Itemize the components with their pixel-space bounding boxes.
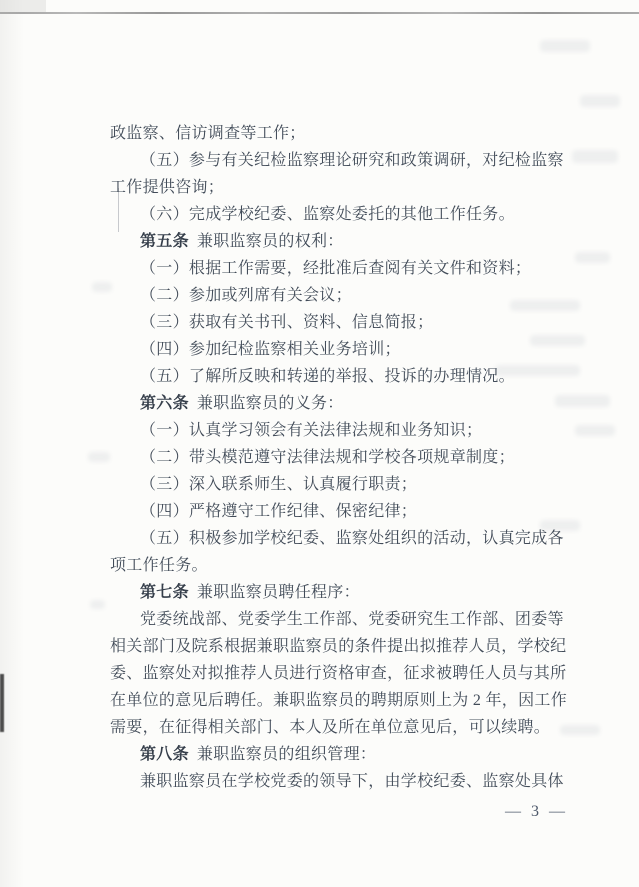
- text-line: （五）参与有关纪检监察理论研究和政策调研，对纪检监察: [110, 147, 590, 174]
- article-number: 第五条: [140, 233, 189, 250]
- article-number: 第六条: [140, 395, 189, 412]
- text-line: （五）积极参加学校纪委、监察处组织的活动，认真完成各: [110, 525, 590, 552]
- text-line: （三）深入联系师生、认真履行职责；: [110, 471, 590, 498]
- text-line: 政监察、信访调查等工作；: [110, 120, 590, 147]
- text-line: （二）带头模范遵守法律法规和学校各项规章制度；: [110, 444, 590, 471]
- text-line: （二）参加或列席有关会议；: [110, 282, 590, 309]
- scan-edge-artifact-top: [0, 12, 639, 14]
- line-text: 兼职监察员的组织管理：: [197, 746, 376, 763]
- text-line: （三）获取有关书刊、资料、信息简报；: [110, 309, 590, 336]
- article-number: 第七条: [140, 584, 189, 601]
- text-line: 相关部门及院系根据兼职监察员的条件提出拟推荐人员，学校纪: [110, 633, 590, 660]
- line-text: （二）带头模范遵守法律法规和学校各项规章制度；: [140, 449, 515, 466]
- scan-edge-left: [0, 0, 24, 887]
- line-text: 在单位的意见后聘任。兼职监察员的聘期原则上为 2 年，因工作: [110, 692, 567, 709]
- line-text: 委、监察处对拟推荐人员进行资格审查，征求被聘任人员与其所: [110, 665, 566, 682]
- text-line: 第六条兼职监察员的义务：: [110, 390, 590, 417]
- line-text: 需要，在征得相关部门、本人及所在单位意见后，可以续聘。: [110, 719, 550, 736]
- text-line: 项工作任务。: [110, 552, 590, 579]
- scanned-document-page: 政监察、信访调查等工作；（五）参与有关纪检监察理论研究和政策调研，对纪检监察工作…: [0, 0, 639, 887]
- bleedthrough-artifact: [90, 600, 105, 609]
- line-text: （一）认真学习领会有关法律法规和业务知识；: [140, 422, 482, 439]
- text-line: （一）认真学习领会有关法律法规和业务知识；: [110, 417, 590, 444]
- line-text: （五）了解所反映和转递的举报、投诉的办理情况。: [140, 368, 515, 385]
- bleedthrough-artifact: [540, 40, 590, 52]
- line-text: 兼职监察员的权利：: [197, 233, 344, 250]
- document-lines: 政监察、信访调查等工作；（五）参与有关纪检监察理论研究和政策调研，对纪检监察工作…: [110, 120, 590, 795]
- line-text: （二）参加或列席有关会议；: [140, 287, 352, 304]
- line-text: 兼职监察员在学校党委的领导下，由学校纪委、监察处具体: [140, 773, 564, 790]
- line-text: 兼职监察员的义务：: [197, 395, 344, 412]
- line-text: （四）参加纪检监察相关业务培训；: [140, 341, 401, 358]
- text-line: （五）了解所反映和转递的举报、投诉的办理情况。: [110, 363, 590, 390]
- text-line: 第七条兼职监察员聘任程序：: [110, 579, 590, 606]
- line-text: 党委统战部、党委学生工作部、党委研究生工作部、团委等: [140, 611, 564, 628]
- line-text: （五）参与有关纪检监察理论研究和政策调研，对纪检监察: [140, 152, 564, 169]
- line-text: （三）获取有关书刊、资料、信息简报；: [140, 314, 433, 331]
- bleedthrough-artifact: [92, 282, 112, 292]
- line-text: （三）深入联系师生、认真履行职责；: [140, 476, 417, 493]
- line-text: （一）根据工作需要，经批准后查阅有关文件和资料；: [140, 260, 531, 277]
- article-number: 第八条: [140, 746, 189, 763]
- line-text: 相关部门及院系根据兼职监察员的条件提出拟推荐人员，学校纪: [110, 638, 566, 655]
- line-text: 项工作任务。: [110, 557, 208, 574]
- line-text: 工作提供咨询；: [110, 179, 224, 196]
- text-line: （四）严格遵守工作纪律、保密纪律；: [110, 498, 590, 525]
- line-text: 政监察、信访调查等工作；: [110, 125, 306, 142]
- line-text: （六）完成学校纪委、监察处委托的其他工作任务。: [140, 206, 515, 223]
- line-text: 兼职监察员聘任程序：: [197, 584, 360, 601]
- text-line: 委、监察处对拟推荐人员进行资格审查，征求被聘任人员与其所: [110, 660, 590, 687]
- page-number: — 3 —: [505, 803, 568, 821]
- text-line: 第八条兼职监察员的组织管理：: [110, 741, 590, 768]
- scan-edge-artifact-left: [0, 674, 4, 732]
- text-line: （四）参加纪检监察相关业务培训；: [110, 336, 590, 363]
- text-line: 第五条兼职监察员的权利：: [110, 228, 590, 255]
- text-line: 党委统战部、党委学生工作部、党委研究生工作部、团委等: [110, 606, 590, 633]
- text-line: 兼职监察员在学校党委的领导下，由学校纪委、监察处具体: [110, 768, 590, 795]
- line-text: （五）积极参加学校纪委、监察处组织的活动，认真完成各: [140, 530, 564, 547]
- text-line: 需要，在征得相关部门、本人及所在单位意见后，可以续聘。: [110, 714, 590, 741]
- text-line: （六）完成学校纪委、监察处委托的其他工作任务。: [110, 201, 590, 228]
- bleedthrough-artifact: [580, 95, 620, 107]
- line-text: （四）严格遵守工作纪律、保密纪律；: [140, 503, 417, 520]
- text-line: 在单位的意见后聘任。兼职监察员的聘期原则上为 2 年，因工作: [110, 687, 590, 714]
- text-line: （一）根据工作需要，经批准后查阅有关文件和资料；: [110, 255, 590, 282]
- text-line: 工作提供咨询；: [110, 174, 590, 201]
- bleedthrough-artifact: [88, 452, 110, 462]
